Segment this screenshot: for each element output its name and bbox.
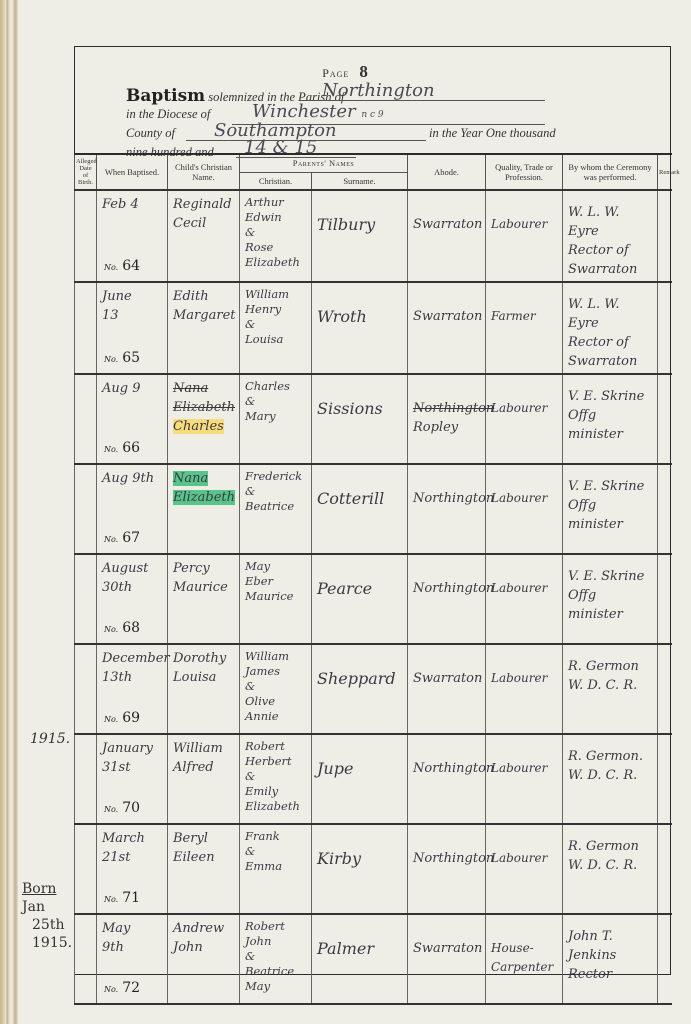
child-name-highlighted: Elizabeth	[173, 488, 235, 507]
quality-cell: Labourer	[486, 824, 563, 914]
diocese-label: in the Diocese of	[126, 107, 210, 122]
text-line: Herbert	[245, 754, 307, 769]
entry-number-value: 65	[122, 350, 140, 366]
performed-by-cell: R. Germon.W. D. C. R.	[563, 734, 658, 824]
quality-cell: Farmer	[486, 282, 563, 374]
text-line: Robert	[245, 739, 307, 754]
text-line: Eber	[245, 574, 307, 589]
text-line: &	[245, 225, 307, 240]
text-line: Olive	[245, 694, 307, 709]
performed-by-cell: V. E. SkrineOffgminister	[563, 374, 658, 464]
remarks-cell	[658, 644, 672, 734]
col-remarks: Remark	[658, 154, 672, 190]
text-line: Reginald	[173, 195, 235, 214]
when-baptised-cell: August30thNo.68	[97, 554, 168, 644]
col-quality: Quality, Trade or Profession.	[486, 154, 563, 190]
when-baptised-cell: January31stNo.70	[97, 734, 168, 824]
remarks-cell	[658, 190, 672, 282]
text-line: &	[245, 484, 307, 499]
col-alleged-dob: Alleged Date of Birth.	[75, 154, 97, 190]
child-name-cell: AndrewJohn	[168, 914, 240, 1004]
highlight-green: Nana	[173, 471, 208, 486]
parents-christian-cell: ArthurEdwin&Rose Elizabeth	[240, 190, 312, 282]
no-label: No.	[104, 535, 118, 544]
text-line: August	[102, 559, 163, 578]
no-label: No.	[104, 715, 118, 724]
text-line: &	[245, 844, 307, 859]
text-line: Feb 4	[102, 195, 163, 214]
text-line: Offg	[568, 406, 653, 425]
col-christian: Christian.	[240, 172, 312, 190]
text-line: Margaret	[173, 306, 235, 325]
highlight-green: Elizabeth	[173, 490, 235, 505]
text-line: Mary	[245, 409, 307, 424]
col-when-baptised: When Baptised.	[97, 154, 168, 190]
when-baptised-cell: Aug 9thNo.67	[97, 464, 168, 554]
performed-by-cell: W. L. W. EyreRector ofSwarraton	[563, 190, 658, 282]
alleged-dob-cell	[75, 190, 97, 282]
child-name-cell: BerylEileen	[168, 824, 240, 914]
text-line: &	[245, 394, 307, 409]
parents-christian-cell: RobertJohn&BeatriceMay	[240, 914, 312, 1004]
register-entry-row: August30thNo.68PercyMauriceMayEberMauric…	[75, 554, 672, 644]
performed-by-cell: John T. JenkinsRector	[563, 914, 658, 1004]
register-entry-row: Aug 9thNo.67NanaElizabethFrederick&Beatr…	[75, 464, 672, 554]
parents-christian-cell: RobertHerbert&EmilyElizabeth	[240, 734, 312, 824]
text-line: May	[102, 919, 163, 938]
col-surname: Surname.	[312, 172, 408, 190]
alleged-dob-cell	[75, 464, 97, 554]
text-line: V. E. Skrine	[568, 387, 653, 406]
performed-by-cell: V. E. SkrineOffgminister	[563, 464, 658, 554]
text-line: Robert	[245, 919, 307, 934]
born-year: 1915.	[32, 934, 72, 952]
child-name-highlighted: Charles	[173, 417, 235, 436]
child-name-cell: WilliamAlfred	[168, 734, 240, 824]
text-line: Emma	[245, 859, 307, 874]
text-line: Frank	[245, 829, 307, 844]
text-line: R. Germon.	[568, 747, 653, 766]
parents-christian-cell: Charles&Mary	[240, 374, 312, 464]
text-line: Edwin	[245, 210, 307, 225]
born-label: Born	[22, 880, 72, 898]
text-line: Charles	[245, 379, 307, 394]
performed-by-cell: R. GermonW. D. C. R.	[563, 824, 658, 914]
entry-number: No.70	[104, 799, 140, 819]
text-line: Annie	[245, 709, 307, 724]
performed-by-cell: V. E. SkrineOffg minister	[563, 554, 658, 644]
text-line: Aug 9th	[102, 469, 163, 488]
child-name-cell: PercyMaurice	[168, 554, 240, 644]
alleged-dob-cell	[75, 374, 97, 464]
text-line: 30th	[102, 578, 163, 597]
text-line: Emily	[245, 784, 307, 799]
entry-number-value: 71	[122, 890, 140, 906]
text-line: 13	[102, 306, 163, 325]
page-number: 8	[359, 62, 369, 81]
text-line: 31st	[102, 758, 163, 777]
text-line: Frederick	[245, 469, 307, 484]
remarks-cell	[658, 734, 672, 824]
text-line: Offg	[568, 496, 653, 515]
text-line: March	[102, 829, 163, 848]
text-line: R. Germon	[568, 657, 653, 676]
no-label: No.	[104, 355, 118, 364]
register-entry-row: March21stNo.71BerylEileenFrank&EmmaKirby…	[75, 824, 672, 914]
text-line: Maurice	[173, 578, 235, 597]
page-header: Page 8	[0, 62, 691, 82]
title-baptism: Baptism	[126, 86, 205, 106]
parents-christian-cell: Frank&Emma	[240, 824, 312, 914]
abode-value: Swarraton	[413, 939, 481, 958]
text-line: W. L. W. Eyre	[568, 203, 653, 241]
child-name-cell: ReginaldCecil	[168, 190, 240, 282]
abode-cell: Northington	[408, 734, 486, 824]
no-label: No.	[104, 895, 118, 904]
text-line: Aug 9	[102, 379, 163, 398]
entry-number-value: 70	[122, 800, 140, 816]
text-line: Eileen	[173, 848, 235, 867]
when-baptised-cell: Aug 9No.66	[97, 374, 168, 464]
text-line: William	[245, 287, 307, 302]
remarks-cell	[658, 554, 672, 644]
text-line: W. L. W. Eyre	[568, 295, 653, 333]
text-line: 9th	[102, 938, 163, 957]
text-line: January	[102, 739, 163, 758]
text-line: Swarraton	[568, 260, 653, 279]
when-baptised-cell: May9thNo.72	[97, 914, 168, 1004]
parents-surname-cell: Wroth	[312, 282, 408, 374]
text-line: &	[245, 949, 307, 964]
no-label: No.	[104, 445, 118, 454]
remarks-cell	[658, 464, 672, 554]
text-line: R. Germon	[568, 837, 653, 856]
entry-number: No.72	[104, 979, 140, 999]
parents-surname-cell: Sheppard	[312, 644, 408, 734]
text-line: Arthur	[245, 195, 307, 210]
text-line: Rose Elizabeth	[245, 240, 307, 270]
text-line: June	[102, 287, 163, 306]
when-baptised-cell: March21stNo.71	[97, 824, 168, 914]
remarks-cell	[658, 824, 672, 914]
col-performed-by: By whom the Ceremony was performed.	[563, 154, 658, 190]
quality-cell: Labourer	[486, 190, 563, 282]
text-line: minister	[568, 515, 653, 534]
child-name-cell: DorothyLouisa	[168, 644, 240, 734]
entry-number: No.68	[104, 619, 140, 639]
abode-value: Ropley	[413, 418, 481, 437]
abode-cell: Northington	[408, 554, 486, 644]
register-entry-row: June13No.65EdithMargaretWilliamHenry&Lou…	[75, 282, 672, 374]
no-label: No.	[104, 985, 118, 994]
performed-by-cell: R. GermonW. D. C. R.	[563, 644, 658, 734]
baptism-register-table: Alleged Date of Birth. When Baptised. Ch…	[74, 153, 672, 1005]
born-month: Jan	[22, 898, 72, 916]
when-baptised-cell: Feb 4No.64	[97, 190, 168, 282]
alleged-dob-cell	[75, 734, 97, 824]
born-day: 25th	[32, 916, 72, 934]
abode-value: Swarraton	[413, 669, 481, 688]
parents-surname-cell: Sissions	[312, 374, 408, 464]
child-name-cell: EdithMargaret	[168, 282, 240, 374]
entry-number: No.69	[104, 709, 140, 729]
text-line: Andrew	[173, 919, 235, 938]
quality-cell: Labourer	[486, 644, 563, 734]
parents-christian-cell: WilliamHenry&Louisa	[240, 282, 312, 374]
text-line: Beatrice	[245, 964, 307, 979]
text-line: Alfred	[173, 758, 235, 777]
entry-number-value: 67	[122, 530, 140, 546]
text-line: May	[245, 559, 307, 574]
quality-cell: Labourer	[486, 374, 563, 464]
quality-cell: House-Carpenter	[486, 914, 563, 1004]
margin-year-1915: 1915.	[30, 730, 70, 748]
quality-cell: Labourer	[486, 734, 563, 824]
text-line: May	[245, 979, 307, 994]
entry-number: No.71	[104, 889, 140, 909]
child-name-cell: NanaElizabeth	[168, 464, 240, 554]
parish-field: Northington	[300, 82, 545, 101]
text-line: Nana	[173, 379, 235, 398]
parents-surname-cell: Jupe	[312, 734, 408, 824]
text-line: Cecil	[173, 214, 235, 233]
abode-cell: Northington	[408, 824, 486, 914]
remarks-cell	[658, 282, 672, 374]
abode-value: Northington	[413, 849, 481, 868]
child-name-cell: NanaElizabethCharles	[168, 374, 240, 464]
parents-surname-cell: Tilbury	[312, 190, 408, 282]
text-line: Percy	[173, 559, 235, 578]
alleged-dob-cell	[75, 644, 97, 734]
text-line: Maurice	[245, 589, 307, 604]
no-label: No.	[104, 805, 118, 814]
abode-cell: Swarraton	[408, 190, 486, 282]
abode-value: Northington	[413, 579, 481, 598]
text-line: &	[245, 769, 307, 784]
entry-number: No.65	[104, 349, 140, 369]
text-line: Beatrice	[245, 499, 307, 514]
alleged-dob-cell	[75, 282, 97, 374]
abode-value: Northington	[413, 489, 481, 508]
parents-surname-cell: Palmer	[312, 914, 408, 1004]
no-label: No.	[104, 625, 118, 634]
text-line: W. D. C. R.	[568, 766, 653, 785]
abode-cell: Northington	[408, 464, 486, 554]
text-line: William	[245, 649, 307, 664]
entry-number-value: 66	[122, 440, 140, 456]
when-baptised-cell: December13thNo.69	[97, 644, 168, 734]
register-entry-row: December13thNo.69DorothyLouisaWilliamJam…	[75, 644, 672, 734]
abode-value: Swarraton	[413, 307, 481, 326]
alleged-dob-cell	[75, 914, 97, 1004]
text-line: Elizabeth	[173, 398, 235, 417]
child-name-highlighted: Nana	[173, 469, 235, 488]
col-parents-names: Parents' Names	[240, 154, 408, 172]
text-line: Louisa	[173, 668, 235, 687]
alleged-dob-cell	[75, 554, 97, 644]
text-line: John	[173, 938, 235, 957]
margin-born-note: Born Jan 25th 1915.	[22, 880, 72, 952]
text-line: Dorothy	[173, 649, 235, 668]
text-line: minister	[568, 425, 653, 444]
remarks-cell	[658, 914, 672, 1004]
abode-struck: Northington	[413, 399, 481, 418]
alleged-dob-cell	[75, 824, 97, 914]
text-line: Henry	[245, 302, 307, 317]
text-line: December	[102, 649, 163, 668]
entry-number-value: 64	[122, 258, 140, 274]
col-child-name: Child's Christian Name.	[168, 154, 240, 190]
quality-cell: Labourer	[486, 464, 563, 554]
text-line: Elizabeth	[245, 799, 307, 814]
abode-cell: Swarraton	[408, 644, 486, 734]
text-line: John	[245, 934, 307, 949]
parents-christian-cell: MayEberMaurice	[240, 554, 312, 644]
parents-christian-cell: WilliamJames&OliveAnnie	[240, 644, 312, 734]
page-label: Page	[322, 66, 349, 80]
book-binding	[0, 0, 18, 1024]
col-abode: Abode.	[408, 154, 486, 190]
entry-number: No.66	[104, 439, 140, 459]
entry-number-value: 72	[122, 980, 140, 996]
text-line: V. E. Skrine	[568, 567, 653, 586]
remarks-cell	[658, 374, 672, 464]
text-line: Rector	[568, 965, 653, 984]
highlight-yellow: Charles	[173, 419, 224, 434]
text-line: William	[173, 739, 235, 758]
abode-value: Northington	[413, 759, 481, 778]
abode-cell: Swarraton	[408, 914, 486, 1004]
register-entry-row: May9thNo.72AndrewJohnRobertJohn&Beatrice…	[75, 914, 672, 1004]
year-label: in the Year One thousand	[429, 126, 556, 141]
no-label: No.	[104, 263, 118, 272]
abode-value: Swarraton	[413, 215, 481, 234]
text-line: 13th	[102, 668, 163, 687]
text-line: Louisa	[245, 332, 307, 347]
text-line: James	[245, 664, 307, 679]
text-line: V. E. Skrine	[568, 477, 653, 496]
entry-number-value: 69	[122, 710, 140, 726]
text-line: Edith	[173, 287, 235, 306]
text-line: W. D. C. R.	[568, 856, 653, 875]
text-line: John T. Jenkins	[568, 927, 653, 965]
text-line: Beryl	[173, 829, 235, 848]
county-label: County of	[126, 126, 175, 141]
entry-number-value: 68	[122, 620, 140, 636]
text-line: Rector of	[568, 333, 653, 352]
text-line: 21st	[102, 848, 163, 867]
text-line: Offg minister	[568, 586, 653, 624]
text-line: &	[245, 679, 307, 694]
parents-surname-cell: Kirby	[312, 824, 408, 914]
text-line: &	[245, 317, 307, 332]
entry-number: No.67	[104, 529, 140, 549]
register-entry-row: Aug 9No.66NanaElizabethCharlesCharles&Ma…	[75, 374, 672, 464]
performed-by-cell: W. L. W. EyreRector ofSwarraton	[563, 282, 658, 374]
entry-number: No.64	[104, 257, 140, 277]
text-line: Rector of	[568, 241, 653, 260]
register-entry-row: Feb 4No.64ReginaldCecilArthurEdwin&Rose …	[75, 190, 672, 282]
abode-cell: NorthingtonRopley	[408, 374, 486, 464]
quality-cell: Labourer	[486, 554, 563, 644]
register-entry-row: January31stNo.70WilliamAlfredRobertHerbe…	[75, 734, 672, 824]
parents-surname-cell: Cotterill	[312, 464, 408, 554]
text-line: W. D. C. R.	[568, 676, 653, 695]
parents-surname-cell: Pearce	[312, 554, 408, 644]
parents-christian-cell: Frederick&Beatrice	[240, 464, 312, 554]
when-baptised-cell: June13No.65	[97, 282, 168, 374]
abode-cell: Swarraton	[408, 282, 486, 374]
text-line: Swarraton	[568, 352, 653, 371]
